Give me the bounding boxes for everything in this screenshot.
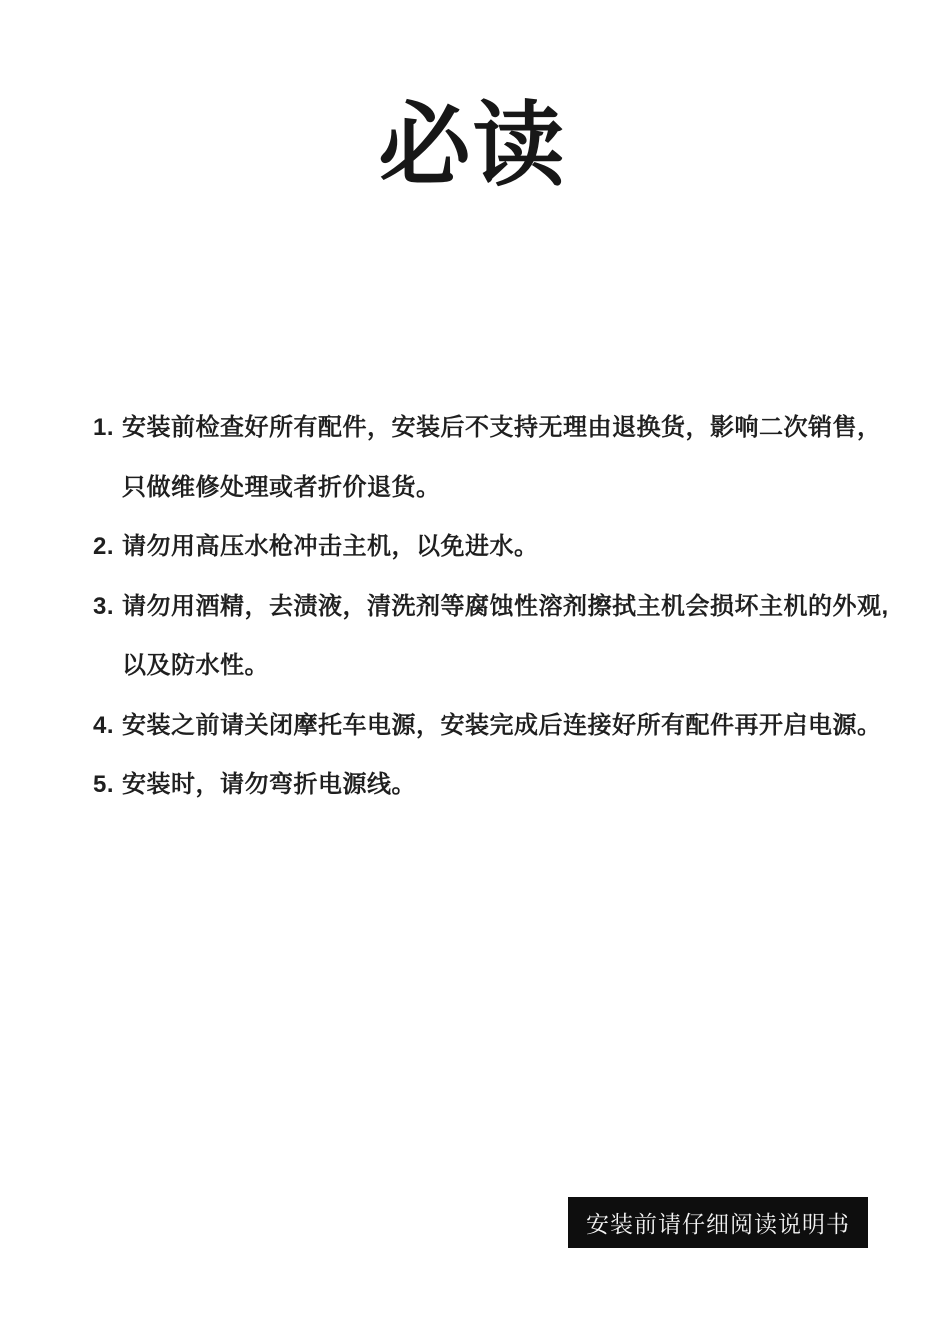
notice-item-text: 安装前检查好所有配件，安装后不支持无理由退换货，影响二次销售， 只做维修处理或者… (122, 398, 895, 517)
notice-item-number: 4. (93, 696, 122, 756)
notice-item-text: 安装时，请勿弯折电源线。 (122, 755, 895, 815)
notice-line: 请勿用高压水枪冲击主机，以免进水。 (122, 517, 895, 577)
notice-item-text: 请勿用酒精，去渍液，清洗剂等腐蚀性溶剂擦拭主机会损坏主机的外观, 以及防水性。 (122, 577, 895, 696)
manual-page: 必读 1. 安装前检查好所有配件，安装后不支持无理由退换货，影响二次销售， 只做… (0, 0, 945, 1339)
notice-item: 5. 安装时，请勿弯折电源线。 (93, 755, 895, 815)
page-title: 必读 (0, 98, 945, 195)
notice-line: 安装之前请关闭摩托车电源，安装完成后连接好所有配件再开启电源。 (122, 696, 895, 756)
read-manual-badge-label: 安装前请仔细阅读说明书 (586, 1206, 850, 1239)
notice-item: 4. 安装之前请关闭摩托车电源，安装完成后连接好所有配件再开启电源。 (93, 696, 895, 756)
notice-item-text: 安装之前请关闭摩托车电源，安装完成后连接好所有配件再开启电源。 (122, 696, 895, 756)
notice-item: 2. 请勿用高压水枪冲击主机，以免进水。 (93, 517, 895, 577)
notice-item-number: 2. (93, 517, 122, 577)
notice-list: 1. 安装前检查好所有配件，安装后不支持无理由退换货，影响二次销售， 只做维修处… (93, 398, 895, 815)
notice-item-text: 请勿用高压水枪冲击主机，以免进水。 (122, 517, 895, 577)
notice-line: 只做维修处理或者折价退货。 (122, 458, 895, 518)
notice-item: 1. 安装前检查好所有配件，安装后不支持无理由退换货，影响二次销售， 只做维修处… (93, 398, 895, 517)
notice-line: 请勿用酒精，去渍液，清洗剂等腐蚀性溶剂擦拭主机会损坏主机的外观, (122, 577, 895, 637)
read-manual-badge: 安装前请仔细阅读说明书 (568, 1197, 868, 1248)
notice-line: 安装前检查好所有配件，安装后不支持无理由退换货，影响二次销售， (122, 398, 895, 458)
notice-line: 安装时，请勿弯折电源线。 (122, 755, 895, 815)
notice-item: 3. 请勿用酒精，去渍液，清洗剂等腐蚀性溶剂擦拭主机会损坏主机的外观, 以及防水… (93, 577, 895, 696)
notice-item-number: 1. (93, 398, 122, 458)
notice-item-number: 3. (93, 577, 122, 637)
notice-item-number: 5. (93, 755, 122, 815)
notice-line: 以及防水性。 (122, 636, 895, 696)
